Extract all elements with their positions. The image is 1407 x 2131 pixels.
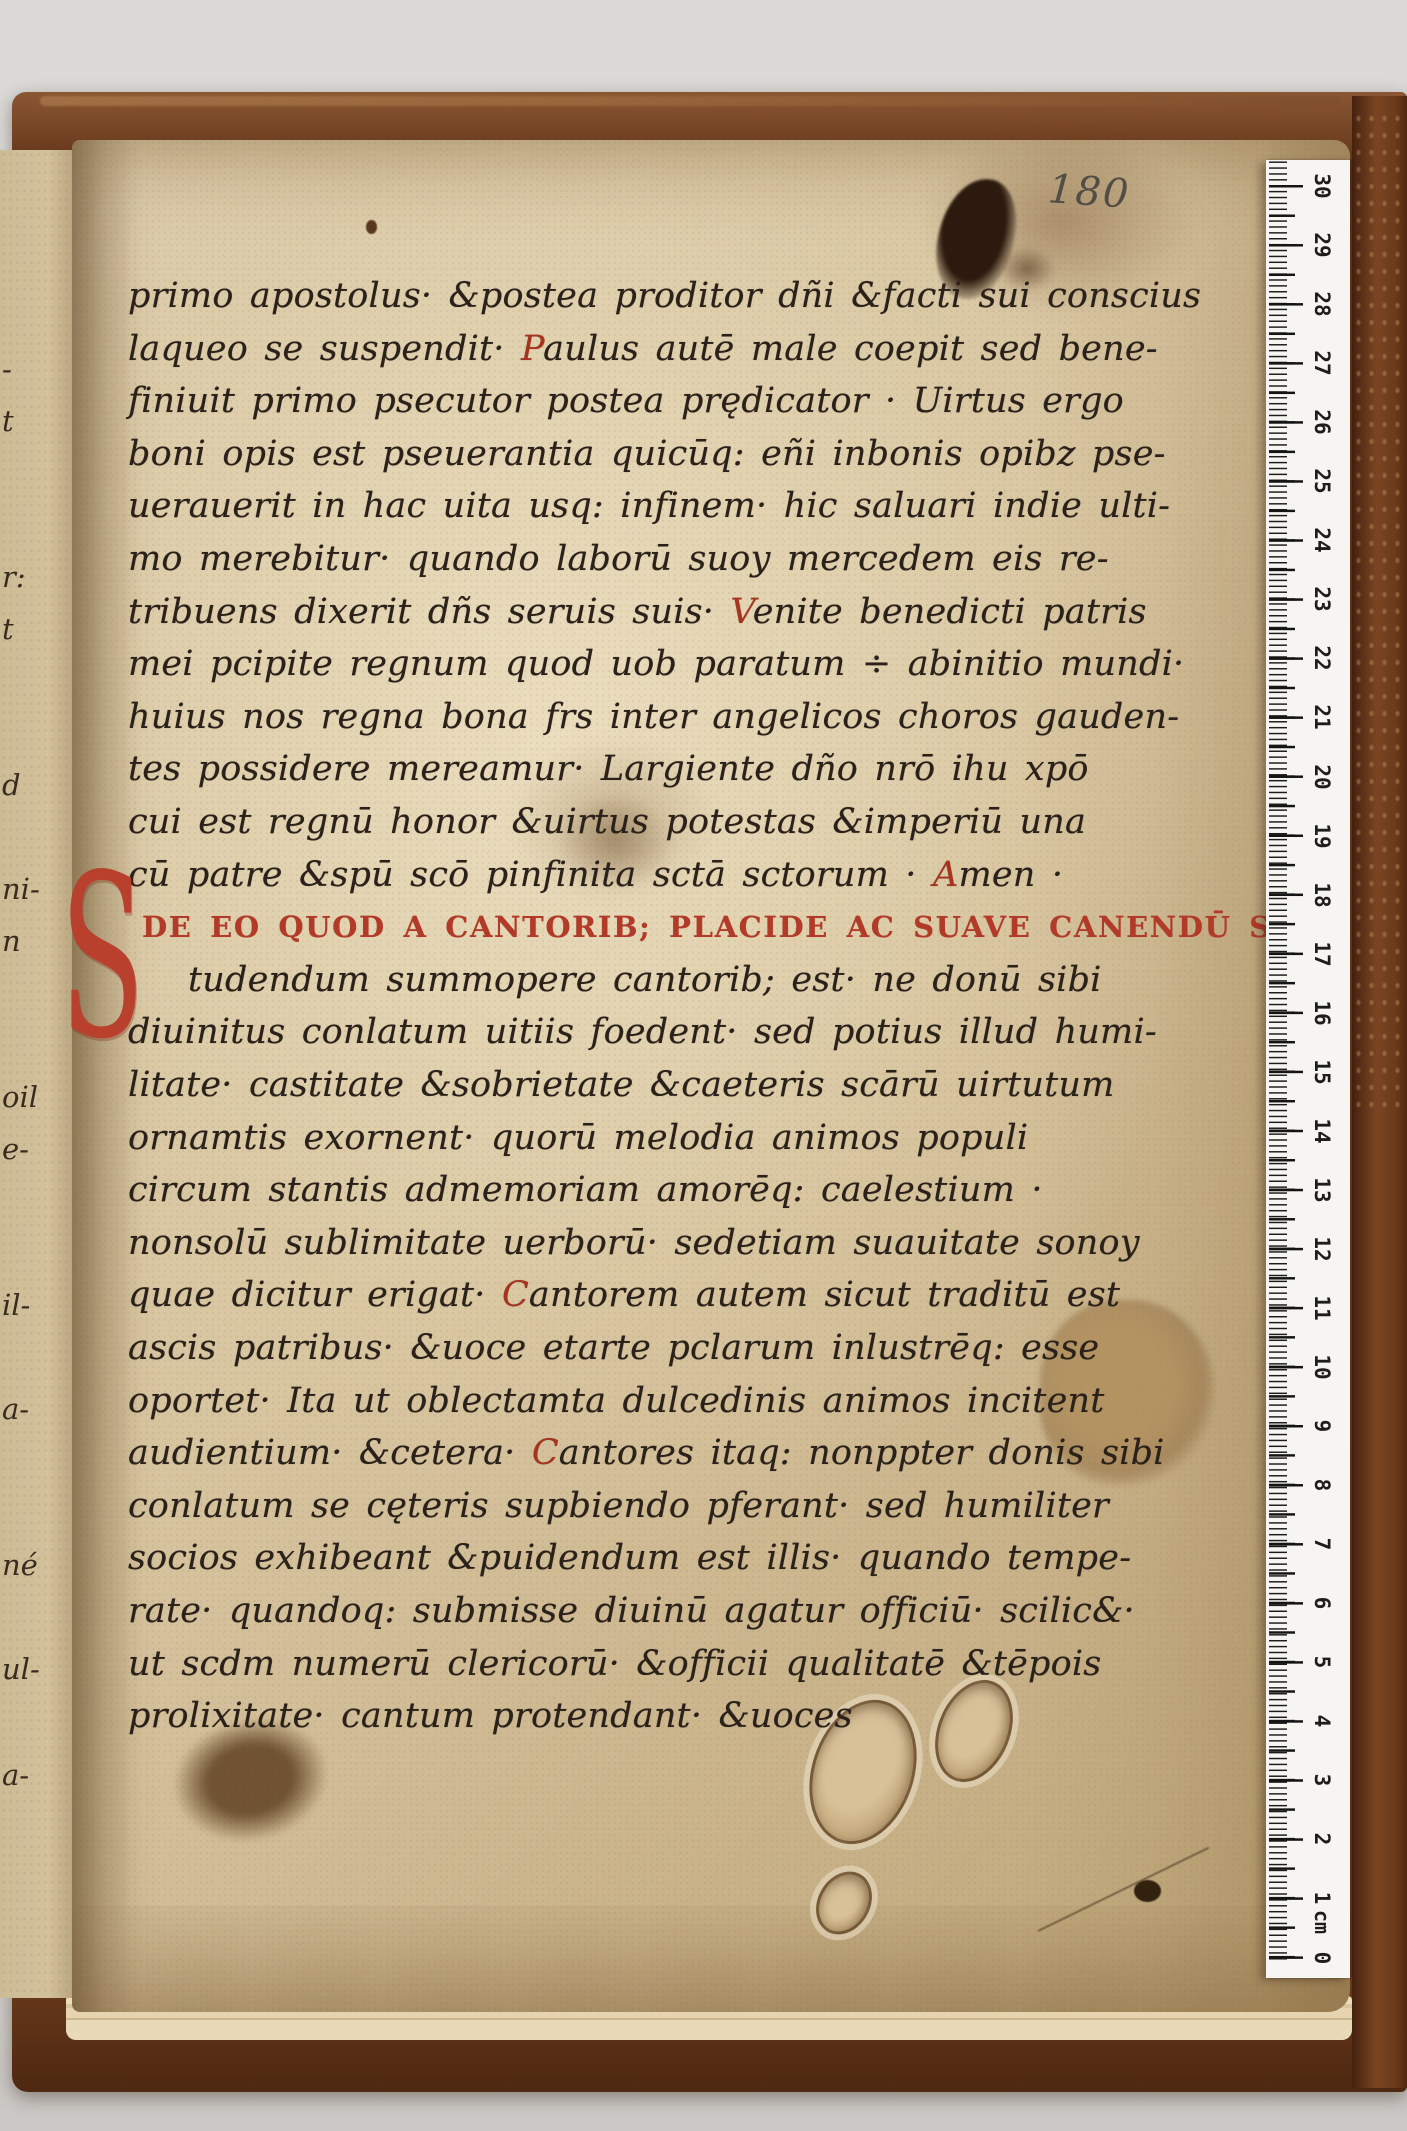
ruler-cm-label: 15 — [1309, 1058, 1335, 1086]
ruler-cm-label: 8 — [1309, 1471, 1335, 1499]
text-line: litate· castitate &sobrietate &caeteris … — [128, 1059, 1115, 1111]
ruler-cm-label: 2 — [1309, 1825, 1335, 1853]
ruler-cm-label: 23 — [1309, 585, 1335, 613]
ruler-cm-label: 3 — [1309, 1766, 1335, 1794]
text-line: ascis patribus· &uoce etarte pclarum inl… — [128, 1322, 1099, 1374]
text-line: boni opis est pseuerantia quicūq: eñi in… — [128, 428, 1166, 480]
manuscript-photo: { "photo": { "folio_number": "180", "rul… — [0, 0, 1407, 2131]
rubric-line: DE EO QUOD A CANTORIB; PLACIDE AC SUAVE … — [142, 901, 1340, 953]
text-line: tes possidere mereamur· Largiente dño nr… — [128, 743, 1089, 795]
text-line: rate· quandoq: submisse diuinū agatur of… — [128, 1585, 1135, 1637]
ruler-cm-label: 12 — [1309, 1235, 1335, 1263]
text-line: quae dicitur erigat· Cantorem autem sicu… — [128, 1269, 1120, 1321]
text-line: cū patre &spū scō pinfinita sctā sctorum… — [128, 849, 1063, 901]
ruler-cm-label: 27 — [1309, 349, 1335, 377]
ruler-cm-label: 30 — [1309, 172, 1335, 200]
text-line: tudendum summopere cantorib; est· ne don… — [188, 954, 1102, 1006]
ruler-cm-label: 25 — [1309, 467, 1335, 495]
ruler-cm-label: 6 — [1309, 1589, 1335, 1617]
rubricated-initial: S — [60, 878, 145, 1038]
text-line: mo merebitur· quando laborū suoy mercede… — [128, 533, 1109, 585]
text-line: laqueo se suspendit· Paulus autē male co… — [128, 323, 1158, 375]
text-line: prolixitate· cantum protendant· &uoces — [128, 1690, 853, 1742]
text-line: huius nos regna bona frs inter angelicos… — [128, 691, 1179, 743]
ruler-unit-label: cm — [1309, 1908, 1335, 1936]
ruler-cm-label: 29 — [1309, 231, 1335, 259]
text-block: primo apostolus· &postea proditor dñi &f… — [0, 0, 1407, 2131]
text-line: primo apostolus· &postea proditor dñi &f… — [128, 270, 1201, 322]
text-line: conlatum se cęteris supbiendo pferant· s… — [128, 1480, 1109, 1532]
ruler-cm-label: 19 — [1309, 822, 1335, 850]
ruler-cm-label: 21 — [1309, 703, 1335, 731]
text-line: oportet· Ita ut oblectamta dulcedinis an… — [128, 1375, 1105, 1427]
ruler-endcap — [1266, 1961, 1308, 1978]
ruler-cm-label: 13 — [1309, 1176, 1335, 1204]
text-line: ut scdm numerū clericorū· &officii quali… — [128, 1638, 1101, 1690]
ruler-cm-label: 4 — [1309, 1707, 1335, 1735]
text-line: cui est regnū honor &uirtus potestas &im… — [128, 796, 1086, 848]
text-line: ornamtis exornent· quorū melodia animos … — [128, 1112, 1028, 1164]
ruler-cm-label: 18 — [1309, 881, 1335, 909]
text-line: uerauerit in hac uita usq: infinem· hic … — [128, 480, 1170, 532]
text-line: finiuit primo psecutor postea prędicator… — [128, 375, 1124, 427]
ruler-cm-label: 20 — [1309, 763, 1335, 791]
text-line: tribuens dixerit dñs seruis suis· Venite… — [128, 586, 1147, 638]
ruler-ticks — [1269, 160, 1347, 1978]
ruler-cm-label: 0 — [1309, 1944, 1335, 1972]
ruler-cm-label: 10 — [1309, 1353, 1335, 1381]
ruler-cm-label: 16 — [1309, 999, 1335, 1027]
ruler-cm-label: 28 — [1309, 290, 1335, 318]
ruler-cm-label: 1 — [1309, 1884, 1335, 1912]
text-line: mei pcipite regnum quod uob paratum ÷ ab… — [128, 638, 1184, 690]
text-line: audientium· &cetera· Cantores itaq: nonp… — [128, 1427, 1165, 1479]
ruler-cm-label: 22 — [1309, 644, 1335, 672]
ruler-cm-label: 9 — [1309, 1412, 1335, 1440]
text-line: diuinitus conlatum uitiis foedent· sed p… — [128, 1006, 1157, 1058]
ruler-cm-label: 24 — [1309, 526, 1335, 554]
text-line: circum stantis admemoriam amorēq: caeles… — [128, 1164, 1043, 1216]
ruler-cm-label: 11 — [1309, 1294, 1335, 1322]
ruler-cm-label: 14 — [1309, 1117, 1335, 1145]
text-line: socios exhibeant &puidendum est illis· q… — [128, 1532, 1131, 1584]
ruler-cm-label: 7 — [1309, 1530, 1335, 1558]
ruler-cm-label: 5 — [1309, 1648, 1335, 1676]
text-line: nonsolū sublimitate uerborū· sedetiam su… — [128, 1217, 1140, 1269]
ruler-cm-label: 26 — [1309, 408, 1335, 436]
ruler-cm-label: 17 — [1309, 940, 1335, 968]
ruler: cm 3029282726252423222120191817161514131… — [1266, 160, 1350, 1978]
